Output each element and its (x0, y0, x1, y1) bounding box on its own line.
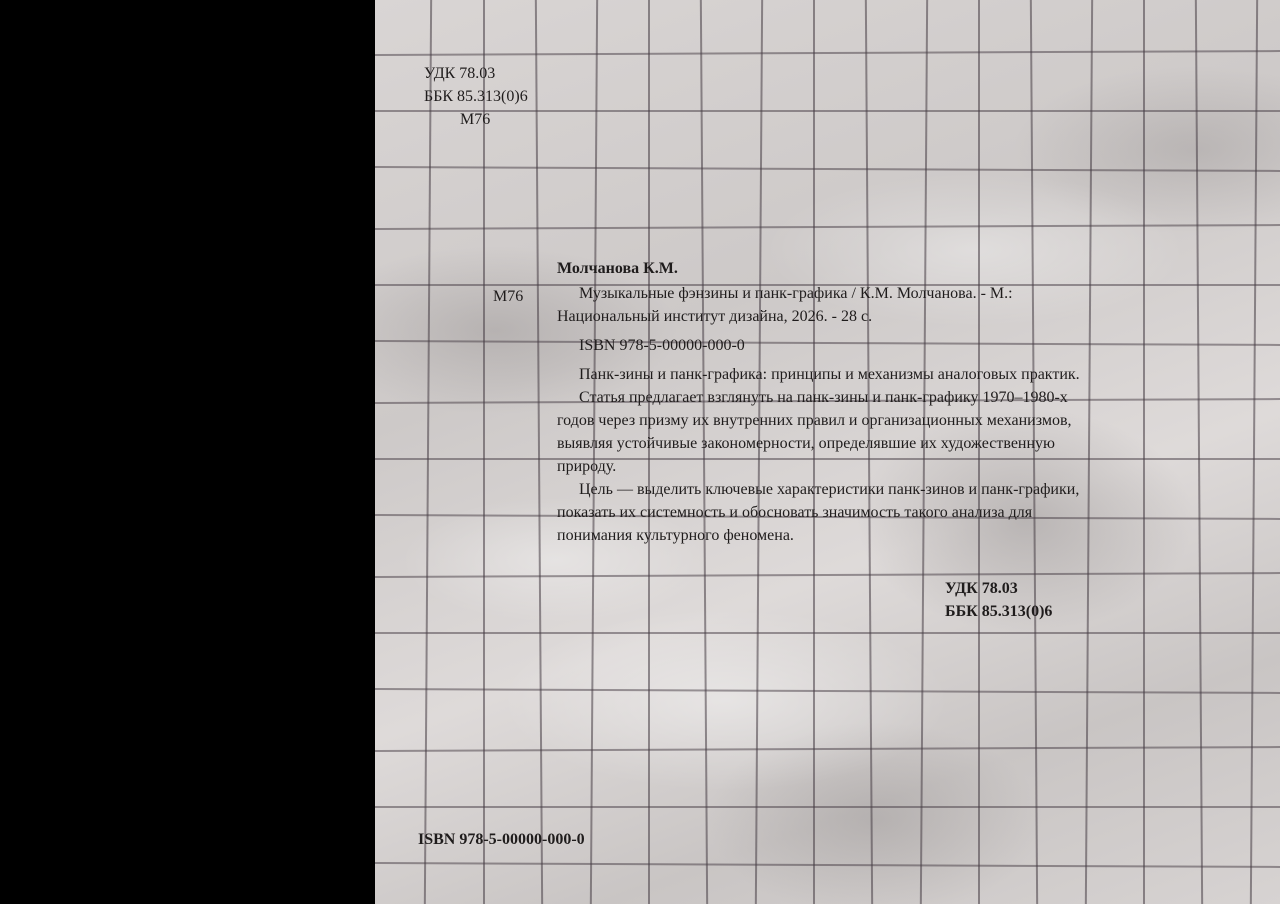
imprint-page: УДК 78.03 ББК 85.313(0)6 М76 Молчанова К… (375, 0, 1280, 904)
annotation-paragraph: Панк-зины и панк-графика: принципы и мех… (557, 363, 1087, 386)
bbk-code: ББК 85.313(0)6 (424, 85, 528, 108)
annotation-paragraph: Цель — выделить ключевые характеристики … (557, 478, 1087, 547)
bibliographic-entry: Музыкальные фэнзины и панк-графика / К.М… (557, 282, 1087, 547)
card-udk-code: УДК 78.03 (945, 577, 1052, 600)
card-classification-codes: УДК 78.03 ББК 85.313(0)6 (945, 577, 1052, 623)
author-heading: Молчанова К.М. (557, 257, 678, 280)
annotation-paragraph: Статья предлагает взглянуть на панк-зины… (557, 386, 1087, 478)
author-mark: М76 (424, 108, 528, 131)
card-isbn: ISBN 978-5-00000-000-0 (557, 334, 1087, 357)
udk-code: УДК 78.03 (424, 62, 528, 85)
top-classification-codes: УДК 78.03 ББК 85.313(0)6 М76 (424, 62, 528, 131)
title-statement: Музыкальные фэнзины и панк-графика / К.М… (557, 282, 1087, 328)
bottom-isbn: ISBN 978-5-00000-000-0 (418, 828, 585, 851)
card-bbk-code: ББК 85.313(0)6 (945, 600, 1052, 623)
black-margin (0, 0, 375, 904)
card-author-mark: М76 (493, 285, 523, 308)
